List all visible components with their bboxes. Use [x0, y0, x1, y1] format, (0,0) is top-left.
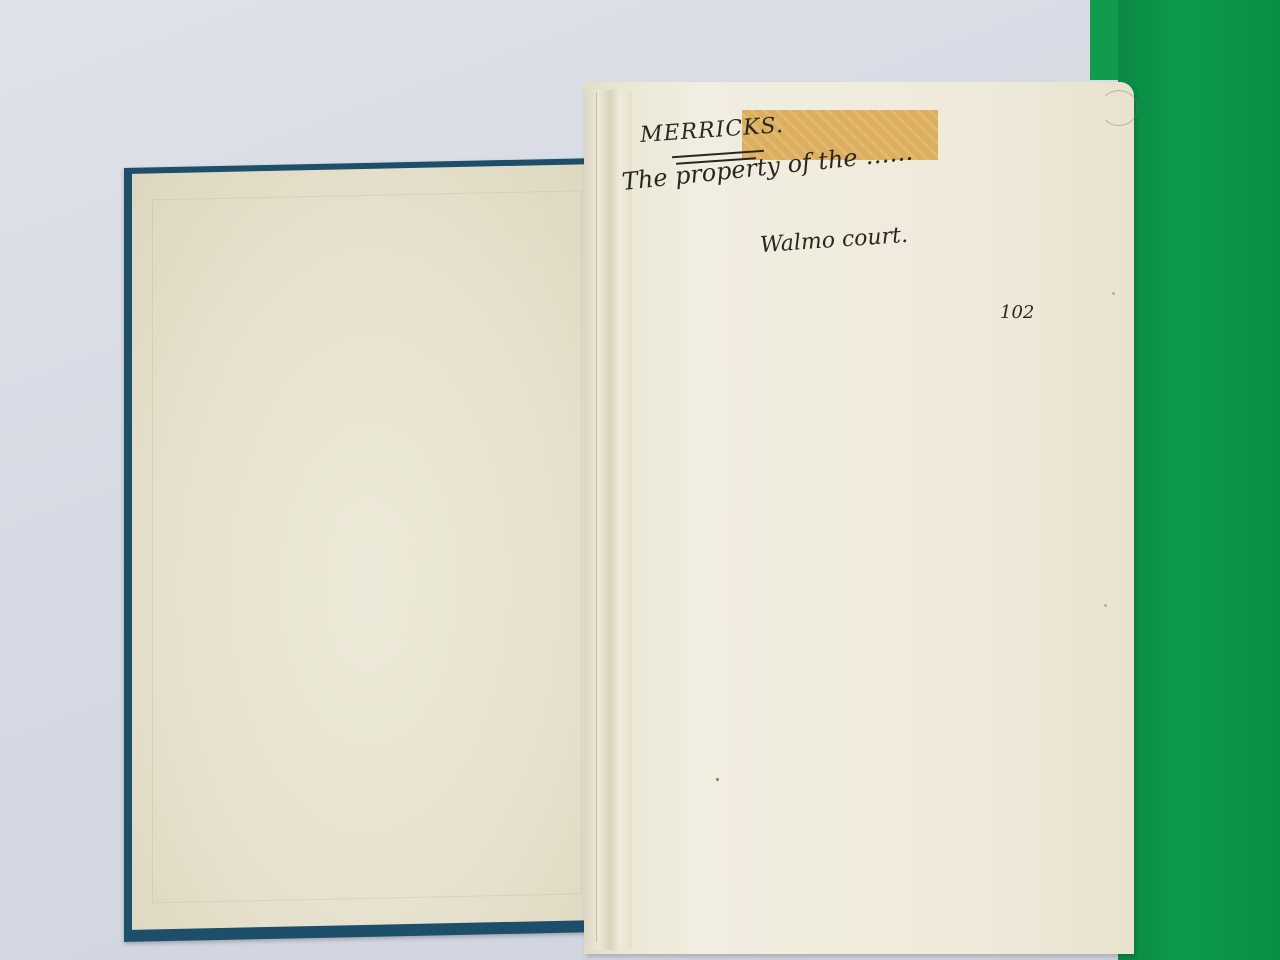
- gutter-crease: [596, 92, 597, 942]
- pencil-mark: [1100, 90, 1138, 126]
- free-endpaper: [584, 82, 1134, 954]
- paper-speck: [716, 778, 719, 781]
- pastedown-endpaper: [132, 164, 606, 930]
- green-backdrop: [1118, 0, 1280, 960]
- inscription-number: 102: [1000, 302, 1034, 323]
- book-gutter: [584, 90, 632, 950]
- paper-speck: [1112, 292, 1115, 295]
- paper-speck: [1104, 604, 1107, 607]
- book-front-board: [124, 158, 612, 942]
